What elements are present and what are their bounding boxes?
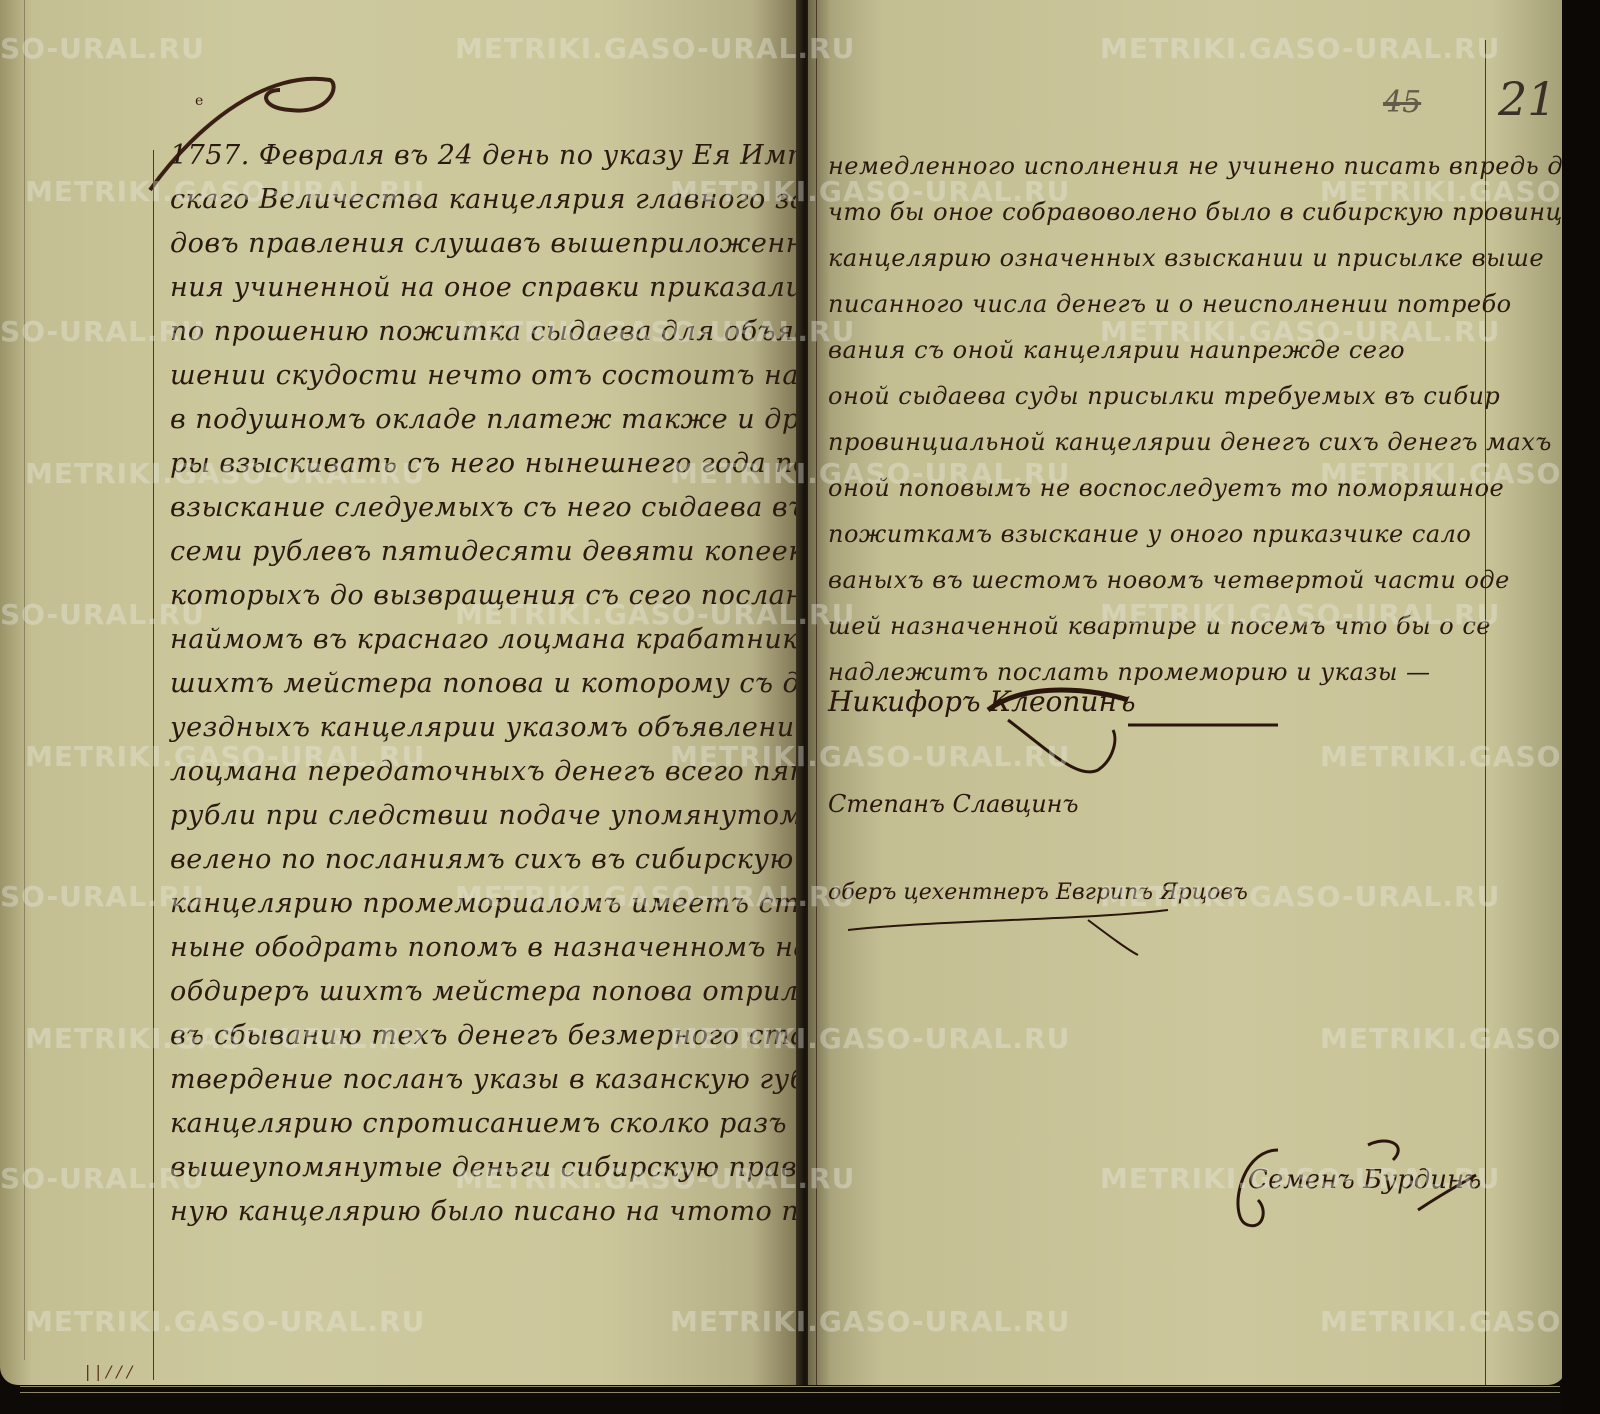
marginal-note: е bbox=[195, 93, 203, 109]
text-line: канцелярию означенных взыскании и присыл… bbox=[828, 244, 1544, 272]
signature-slavtsin: Степанъ Славцинъ bbox=[828, 790, 1078, 818]
text-line: ваныхъ въ шестомъ новомъ четвертой части… bbox=[828, 566, 1510, 594]
signature-flourish-icon bbox=[948, 670, 1308, 790]
text-line: скаго Величества канцелярия главного зав… bbox=[170, 184, 840, 215]
text-line: шей назначенной квартире и посемъ что бы… bbox=[828, 612, 1491, 640]
decorative-flourish-icon: е bbox=[140, 60, 340, 200]
right-margin-rule-left bbox=[816, 0, 817, 1385]
dark-background-edge bbox=[1562, 0, 1600, 1414]
text-line: пожиткамъ взыскание у оного приказчике с… bbox=[828, 520, 1471, 548]
text-line: вания съ оной канцелярии наипрежде сего bbox=[828, 336, 1405, 364]
right-page: 45 21 немедленного исполнения не учинено… bbox=[808, 0, 1566, 1385]
left-outer-rule bbox=[24, 0, 25, 1360]
text-line: ную канцелярию было писано на чтото по bbox=[170, 1196, 816, 1227]
text-line: ры взыскивать съ него нынешнего года пол… bbox=[170, 448, 844, 479]
folio-crossed: 45 bbox=[1383, 85, 1421, 120]
text-line: оной сыдаева суды присылки требуемых въ … bbox=[828, 382, 1500, 410]
left-margin-rule bbox=[153, 150, 154, 1380]
folio-number: 21 bbox=[1498, 72, 1557, 126]
text-line: оной поповымъ не воспоследуетъ то поморя… bbox=[828, 474, 1504, 502]
signature-underline-icon bbox=[838, 890, 1178, 960]
page-stack-edge bbox=[20, 1384, 1560, 1393]
right-margin-rule-right bbox=[1485, 40, 1486, 1385]
text-line: писанного числа денегъ и о неисполнении … bbox=[828, 290, 1512, 318]
document-spread: е 1757. Февраля въ 24 день по указу Ея И… bbox=[0, 0, 1600, 1414]
text-line: что бы оное собравоволено было в сибирск… bbox=[828, 198, 1600, 226]
text-line: немедленного исполнения не учинено писат… bbox=[828, 152, 1578, 180]
left-page: е 1757. Февраля въ 24 день по указу Ея И… bbox=[0, 0, 800, 1385]
signature-flourish-icon bbox=[1218, 1130, 1478, 1240]
text-line: ния учиненной на оное справки приказали bbox=[170, 272, 803, 303]
text-line: провинциальной канцелярии денегъ сихъ де… bbox=[828, 428, 1552, 456]
